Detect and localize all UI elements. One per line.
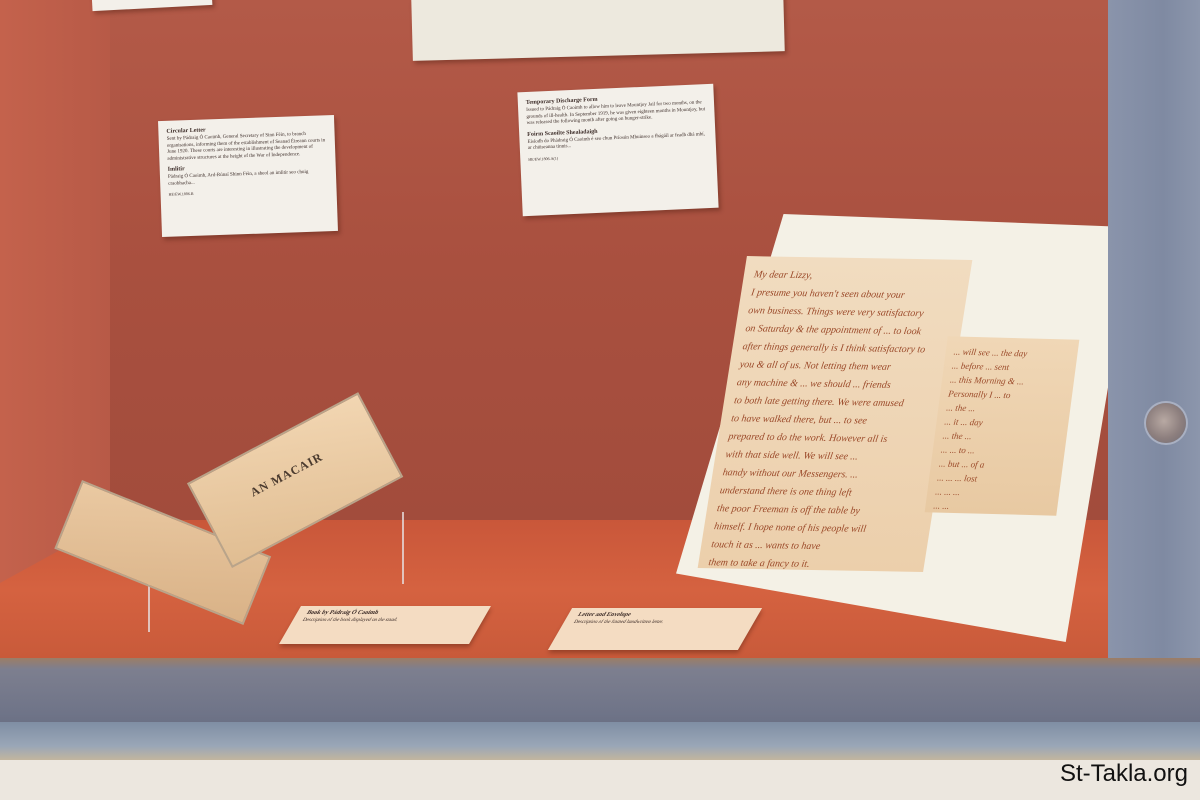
floor-surface	[0, 760, 1200, 800]
placard-discharge-form: Temporary Discharge Form Issued to Pádra…	[517, 84, 718, 216]
placard-text: Sent by Pádraig Ó Caoimh, General Secret…	[167, 131, 328, 163]
case-right-frame	[1108, 0, 1200, 760]
placard-title: Letter and Envelope	[576, 612, 749, 618]
placard-text: Description of the book displayed on the…	[300, 618, 474, 625]
open-book-on-stand: AN MACAIR	[82, 432, 418, 602]
watermark: St-Takla.org	[1060, 760, 1188, 788]
letter-line: ... ... ...	[934, 484, 1051, 501]
letter-line: ... ...	[933, 498, 1050, 515]
placard-text-irish: Pádraig Ó Caoimh, Ard-Rúnaí Shinn Féin, …	[168, 169, 328, 188]
placard-text: Description of the framed handwritten le…	[571, 620, 745, 627]
handwritten-letter-small: ... will see ... the day ... before ... …	[925, 336, 1080, 515]
placard-top-center	[411, 0, 784, 61]
stand-leg	[402, 512, 404, 584]
case-lock-icon	[1146, 403, 1186, 443]
placard-reference: HE/EW.1806.B	[169, 186, 329, 197]
case-base-ledge	[0, 722, 1200, 762]
placard-circular-letter: Circular Letter Sent by Pádraig Ó Caoimh…	[158, 115, 338, 237]
placard-floor-left: Book by Pádraig Ó Caoimh Description of …	[279, 606, 491, 644]
display-case-scene: Circular Letter Sent by Pádraig Ó Caoimh…	[0, 0, 1200, 800]
placard-title: Book by Pádraig Ó Caoimh	[305, 610, 478, 616]
placard-floor-right: Letter and Envelope Description of the f…	[548, 608, 762, 650]
book-title: AN MACAIR	[248, 450, 326, 501]
